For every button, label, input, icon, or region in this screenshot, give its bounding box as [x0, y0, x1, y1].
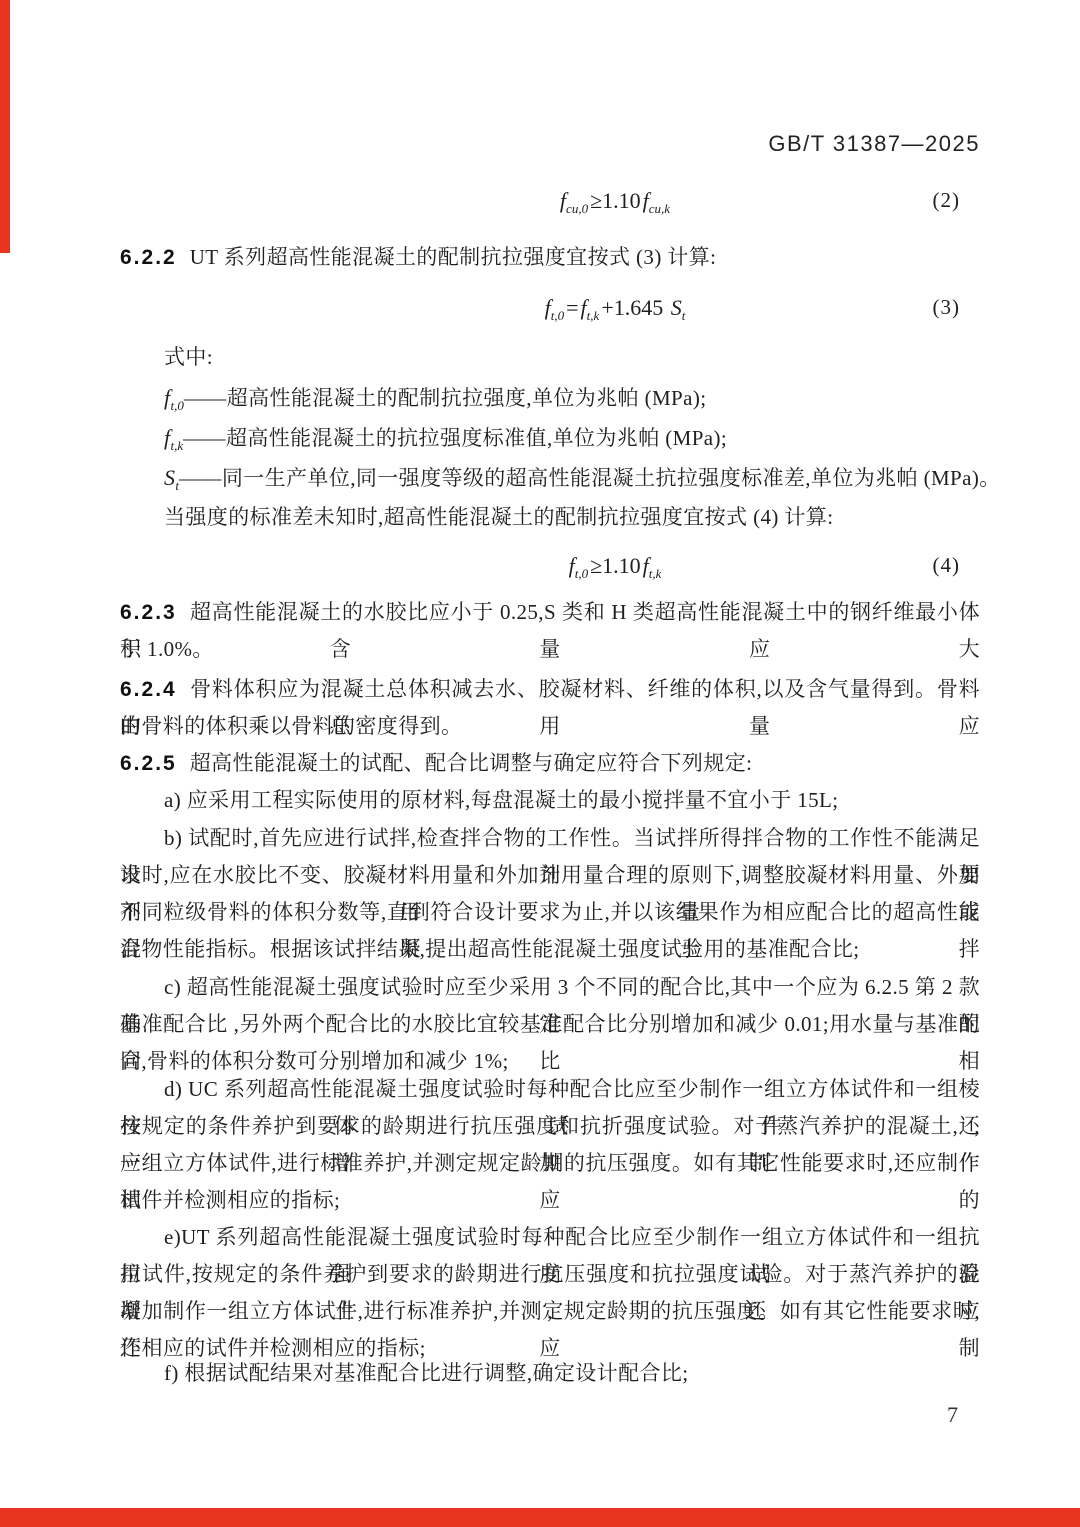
clause-6-2-4-line-2: 由骨料的体积乘以骨料的密度得到。	[120, 708, 980, 745]
formula-4-body: ft,0≥1.10ft,k	[569, 553, 662, 578]
list-item-c-line-2: 基准配合比 ,另外两个配合比的水胶比宜较基准配合比分别增加和减少 0.01;用水…	[120, 1006, 980, 1043]
red-edge-left	[0, 0, 10, 253]
where-label: 式中:	[120, 339, 980, 376]
list-item-d-line-4: 试件并检测相应的指标;	[120, 1182, 980, 1219]
clause-6-2-2: 6.2.2UT 系列超高性能混凝土的配制抗拉强度宜按式 (3) 计算:	[120, 239, 980, 276]
formula-4-number: (4)	[933, 547, 961, 584]
clause-number: 6.2.4	[120, 678, 177, 701]
list-item-b-line-1: b) 试配时,首先应进行试拌,检查拌合物的工作性。当试拌所得拌合物的工作性不能满…	[120, 820, 980, 857]
definition-st: St——同一生产单位,同一强度等级的超高性能混凝土抗拉强度标准差,单位为兆帕 (…	[120, 459, 980, 496]
definition-ftk: ft,k——超高性能混凝土的抗拉强度标准值,单位为兆帕 (MPa);	[120, 419, 980, 456]
list-item-b-line-2: 求时,应在水胶比不变、胶凝材料用量和外加剂用量合理的原则下,调整胶凝材料用量、外…	[120, 857, 980, 894]
list-item-e-line-1: e)UT 系列超高性能混凝土强度试验时每种配合比应至少制作一组立方体试件和一组抗…	[120, 1219, 980, 1256]
list-item-b-line-4: 合物性能指标。根据该试拌结果,提出超高性能混凝土强度试验用的基准配合比;	[120, 931, 980, 968]
list-item-d-line-2: 按规定的条件养护到要求的龄期进行抗压强度和抗折强度试验。对于蒸汽养护的混凝土,还…	[120, 1108, 980, 1145]
formula-2-number: (2)	[933, 182, 961, 219]
list-item-a: a) 应采用工程实际使用的原材料,每盘混凝土的最小搅拌量不宜小于 15L;	[120, 782, 980, 819]
list-item-e-line-2: 用试件,按规定的条件养护到要求的龄期进行抗压强度和抗拉强度试验。对于蒸汽养护的混…	[120, 1256, 980, 1293]
list-item-c-line-1: c) 超高性能混凝土强度试验时应至少采用 3 个不同的配合比,其中一个应为 6.…	[120, 969, 980, 1006]
clause-6-2-5: 6.2.5超高性能混凝土的试配、配合比调整与确定应符合下列规定:	[120, 745, 980, 782]
formula-3: ft,0=ft,k+1.645 St (3)	[120, 289, 980, 326]
clause-text: UT 系列超高性能混凝土的配制抗拉强度宜按式 (3) 计算:	[190, 245, 717, 269]
clause-number: 6.2.3	[120, 601, 177, 624]
definition-text: ——超高性能混凝土的配制抗拉强度,单位为兆帕 (MPa);	[184, 386, 707, 410]
list-item-e-line-3: 增加制作一组立方体试件,进行标准养护,并测定规定龄期的抗压强度。如有其它性能要求…	[120, 1293, 980, 1330]
document-page: GB/T 31387—2025 fcu,0≥1.10fcu,k (2) 6.2.…	[0, 0, 1080, 1527]
list-item-b-line-3: 不同粒级骨料的体积分数等,直到符合设计要求为止,并以该结果作为相应配合比的超高性…	[120, 894, 980, 931]
list-item-d-line-1: d) UC 系列超高性能混凝土强度试验时每种配合比应至少制作一组立方体试件和一组…	[120, 1071, 980, 1108]
symbol-st: S	[164, 465, 175, 490]
formula-4: ft,0≥1.10ft,k (4)	[120, 547, 980, 584]
clause-6-2-4-line-1: 6.2.4骨料体积应为混凝土总体积减去水、胶凝材料、纤维的体积,以及含气量得到。…	[120, 671, 980, 708]
definition-ft0: ft,0——超高性能混凝土的配制抗拉强度,单位为兆帕 (MPa);	[120, 379, 980, 416]
list-item-d-line-3: 一组立方体试件,进行标准养护,并测定规定龄期的抗压强度。如有其它性能要求时,还应…	[120, 1145, 980, 1182]
clause-number: 6.2.2	[120, 246, 177, 269]
formula-3-body: ft,0=ft,k+1.645 St	[545, 295, 686, 320]
clause-number: 6.2.5	[120, 752, 177, 775]
page-number: 7	[120, 1396, 980, 1433]
formula-2-body: fcu,0≥1.10fcu,k	[560, 188, 670, 213]
list-item-f: f) 根据试配结果对基准配合比进行调整,确定设计配合比;	[120, 1355, 980, 1392]
red-edge-bottom	[0, 1508, 1080, 1527]
definition-text: ——超高性能混凝土的抗拉强度标准值,单位为兆帕 (MPa);	[183, 426, 727, 450]
formula-3-number: (3)	[933, 289, 961, 326]
clause-6-2-3-line-1: 6.2.3超高性能混凝土的水胶比应小于 0.25,S 类和 H 类超高性能混凝土…	[120, 594, 980, 631]
sd-unknown-note: 当强度的标准差未知时,超高性能混凝土的配制抗拉强度宜按式 (4) 计算:	[120, 499, 980, 536]
formula-2: fcu,0≥1.10fcu,k (2)	[120, 182, 980, 219]
clause-6-2-3-line-2: 于 1.0%。	[120, 631, 980, 668]
standard-number: GB/T 31387—2025	[120, 131, 980, 157]
definition-text: ——同一生产单位,同一强度等级的超高性能混凝土抗拉强度标准差,单位为兆帕 (MP…	[179, 466, 1001, 490]
